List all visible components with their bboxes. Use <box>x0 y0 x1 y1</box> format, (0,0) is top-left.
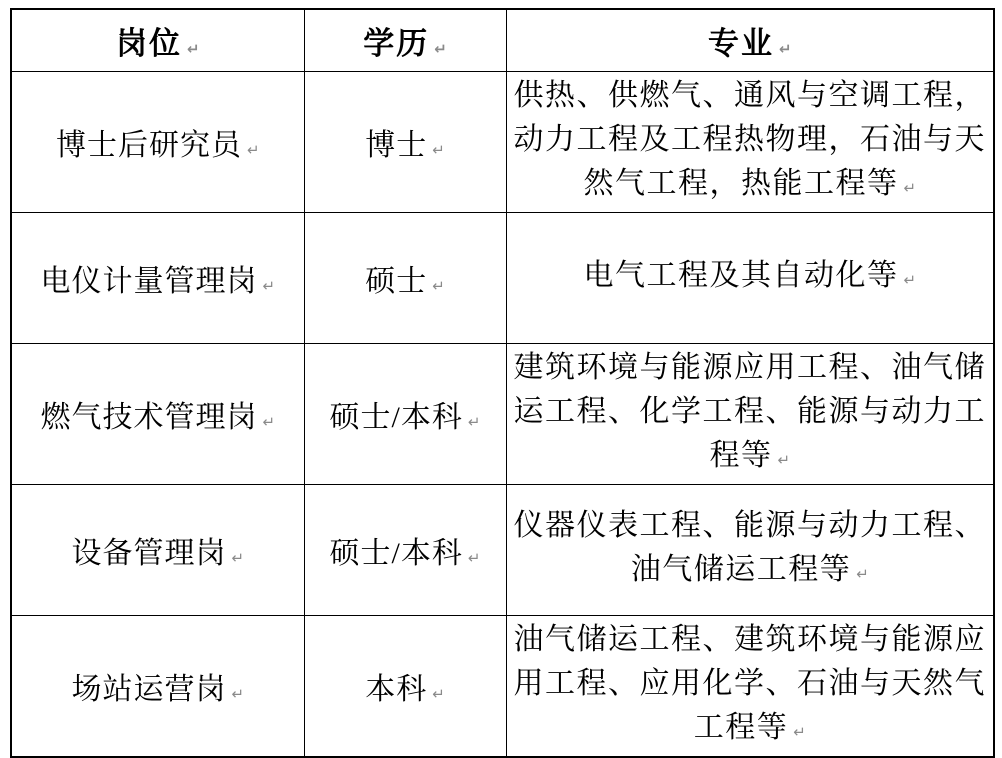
paragraph-mark-icon: ↵ <box>903 179 916 197</box>
table-row-station-operation: 场站运营岗↵ 本科↵ 油气储运工程、建筑环境与能源应用工程、应用化学、石油与天然… <box>11 615 994 757</box>
paragraph-mark-icon: ↵ <box>187 40 200 58</box>
table-body: 博士后研究员↵ 博士↵ 供热、供燃气、通风与空调工程，动力工程及工程热物理，石油… <box>11 71 994 757</box>
majors-cell: 电气工程及其自动化等↵ <box>506 212 994 343</box>
paragraph-mark-icon: ↵ <box>231 549 244 567</box>
paragraph-mark-icon: ↵ <box>262 413 275 431</box>
paragraph-mark-icon: ↵ <box>779 40 792 58</box>
education-text: 硕士/本科 <box>330 537 463 570</box>
education-text: 博士 <box>365 129 427 162</box>
position-cell: 电仪计量管理岗↵ <box>11 212 304 343</box>
header-label-position: 岗位 <box>116 26 182 61</box>
education-cell: 博士↵ <box>304 71 506 212</box>
education-cell: 本科↵ <box>304 615 506 757</box>
table-row-ei-metering-management: 电仪计量管理岗↵ 硕士↵ 电气工程及其自动化等↵ <box>11 212 994 343</box>
recruitment-table: 岗位↵ 学历↵ 专业↵ 博士后研究员↵ 博士↵ 供热、供燃气、通风与空调工程，动… <box>10 8 995 758</box>
position-cell: 设备管理岗↵ <box>11 484 304 615</box>
table-row-postdoc-researcher: 博士后研究员↵ 博士↵ 供热、供燃气、通风与空调工程，动力工程及工程热物理，石油… <box>11 71 994 212</box>
header-cell-education: 学历↵ <box>304 9 506 71</box>
paragraph-mark-icon: ↵ <box>468 413 481 431</box>
paragraph-mark-icon: ↵ <box>777 451 790 469</box>
majors-cell: 仪器仪表工程、能源与动力工程、油气储运工程等↵ <box>506 484 994 615</box>
paragraph-mark-icon: ↵ <box>903 271 916 289</box>
header-label-major: 专业 <box>708 26 774 61</box>
majors-text: 仪器仪表工程、能源与动力工程、油气储运工程等 <box>514 509 987 586</box>
majors-cell: 建筑环境与能源应用工程、油气储运工程、化学工程、能源与动力工程等↵ <box>506 343 994 484</box>
paragraph-mark-icon: ↵ <box>432 141 445 159</box>
paragraph-mark-icon: ↵ <box>231 685 244 703</box>
table-header: 岗位↵ 学历↵ 专业↵ <box>11 9 994 71</box>
header-row: 岗位↵ 学历↵ 专业↵ <box>11 9 994 71</box>
majors-cell: 油气储运工程、建筑环境与能源应用工程、应用化学、石油与天然气工程等↵ <box>506 615 994 757</box>
education-cell: 硕士↵ <box>304 212 506 343</box>
paragraph-mark-icon: ↵ <box>856 565 869 583</box>
position-cell: 燃气技术管理岗↵ <box>11 343 304 484</box>
paragraph-mark-icon: ↵ <box>247 141 260 159</box>
paragraph-mark-icon: ↵ <box>434 40 447 58</box>
majors-text: 建筑环境与能源应用工程、油气储运工程、化学工程、能源与动力工程等 <box>514 351 987 472</box>
majors-cell: 供热、供燃气、通风与空调工程，动力工程及工程热物理，石油与天然气工程，热能工程等… <box>506 71 994 212</box>
education-text: 硕士 <box>365 265 427 298</box>
education-text: 硕士/本科 <box>330 401 463 434</box>
majors-text: 电气工程及其自动化等 <box>583 259 898 292</box>
table-row-equipment-management: 设备管理岗↵ 硕士/本科↵ 仪器仪表工程、能源与动力工程、油气储运工程等↵ <box>11 484 994 615</box>
position-text: 燃气技术管理岗 <box>40 401 257 434</box>
position-text: 场站运营岗 <box>71 673 226 706</box>
header-label-education: 学历 <box>363 26 429 61</box>
paragraph-mark-icon: ↵ <box>432 685 445 703</box>
paragraph-mark-icon: ↵ <box>432 277 445 295</box>
paragraph-mark-icon: ↵ <box>468 549 481 567</box>
position-text: 电仪计量管理岗 <box>40 265 257 298</box>
header-cell-position: 岗位↵ <box>11 9 304 71</box>
education-text: 本科 <box>365 673 427 706</box>
position-cell: 场站运营岗↵ <box>11 615 304 757</box>
education-cell: 硕士/本科↵ <box>304 484 506 615</box>
table-row-gas-technology-management: 燃气技术管理岗↵ 硕士/本科↵ 建筑环境与能源应用工程、油气储运工程、化学工程、… <box>11 343 994 484</box>
position-text: 设备管理岗 <box>71 537 226 570</box>
position-cell: 博士后研究员↵ <box>11 71 304 212</box>
position-text: 博士后研究员 <box>56 129 242 162</box>
header-cell-major: 专业↵ <box>506 9 994 71</box>
majors-text: 油气储运工程、建筑环境与能源应用工程、应用化学、石油与天然气工程等 <box>514 623 987 744</box>
education-cell: 硕士/本科↵ <box>304 343 506 484</box>
paragraph-mark-icon: ↵ <box>262 277 275 295</box>
